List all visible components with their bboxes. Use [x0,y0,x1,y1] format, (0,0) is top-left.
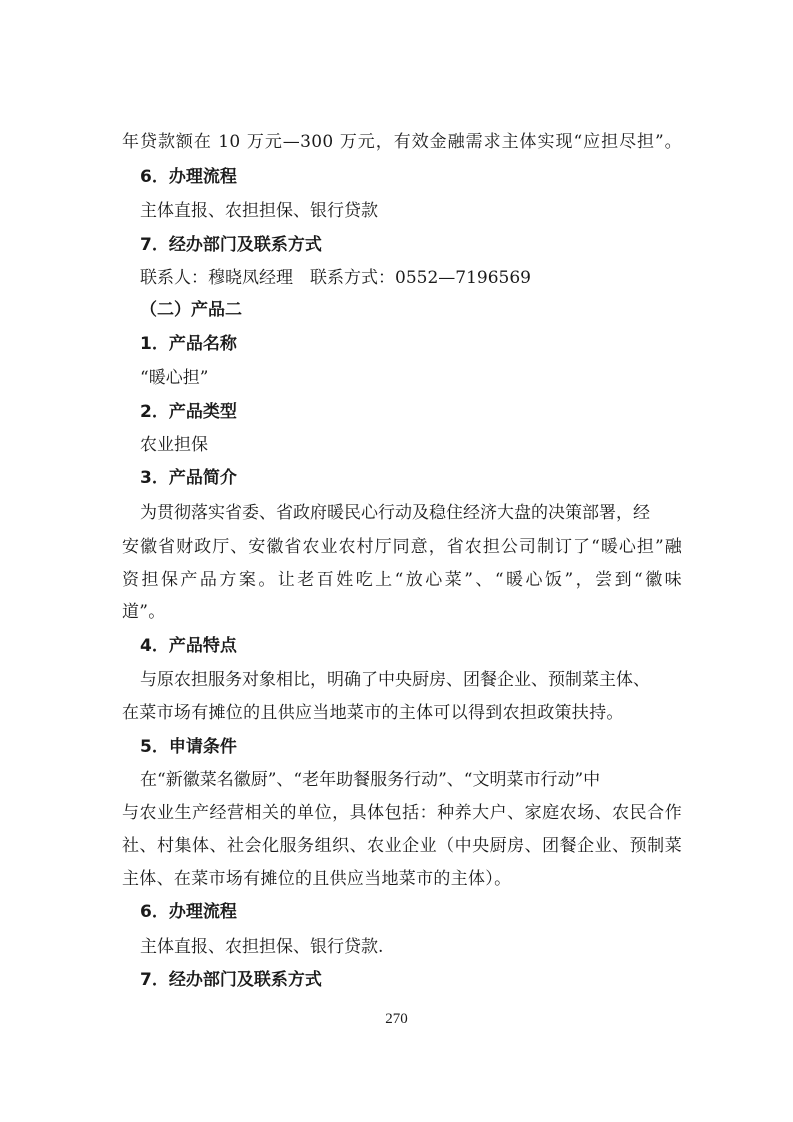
section-heading: 3．产品简介 [140,466,237,490]
paragraph-line: 与原农担服务对象相比，明确了中央厨房、团餐企业、预制菜主体、 [140,668,683,692]
section-heading: 4．产品特点 [140,634,237,658]
paragraph-line: 在“新徽菜名徽厨”、“老年助餐服务行动”、“文明菜市行动”中 [140,768,683,792]
document-page: 年贷款额在 10 万元—300 万元，有效金融需求主体实现“应担尽担”。 6．办… [0,0,793,1122]
section-heading: 7．经办部门及联系方式 [140,968,322,992]
paragraph-line: 社、村集体、社会化服务组织、农业企业（中央厨房、团餐企业、预制菜 [122,834,682,858]
paragraph-line: 主体直报、农担担保、银行贷款 [140,199,378,223]
paragraph-line: 主体直报、农担担保、银行贷款. [140,935,383,959]
paragraph-line: 农业担保 [140,433,208,457]
paragraph-line: 安徽省财政厅、安徽省农业农村厅同意，省农担公司制订了“暖心担”融 [122,535,682,559]
page-number: 270 [0,1011,793,1028]
paragraph-line: 为贯彻落实省委、省政府暖民心行动及稳住经济大盘的决策部署，经 [140,501,683,525]
section-heading: 7．经办部门及联系方式 [140,233,322,257]
contact-line: 联系人：穆晓凤经理 联系方式：0552—7196569 [140,266,531,290]
section-heading: 2．产品类型 [140,400,237,424]
section-heading: 1．产品名称 [140,332,237,356]
paragraph-line: 主体、在菜市场有摊位的且供应当地菜市的主体）。 [122,867,682,891]
product-heading: （二）产品二 [140,298,242,322]
section-heading: 6．办理流程 [140,900,237,924]
paragraph-line: “暖心担” [140,366,208,390]
paragraph-line: 与农业生产经营相关的单位，具体包括：种养大户、家庭农场、农民合作 [122,801,682,825]
section-heading: 5．申请条件 [140,735,237,759]
paragraph-line: 在菜市场有摊位的且供应当地菜市的主体可以得到农担政策扶持。 [122,701,682,725]
section-heading: 6．办理流程 [140,165,237,189]
paragraph-line: 道”。 [122,600,682,624]
paragraph-line: 年贷款额在 10 万元—300 万元，有效金融需求主体实现“应担尽担”。 [122,130,682,154]
paragraph-line: 资担保产品方案。让老百姓吃上“放心菜”、“暖心饭”，尝到“徽味 [122,568,682,592]
